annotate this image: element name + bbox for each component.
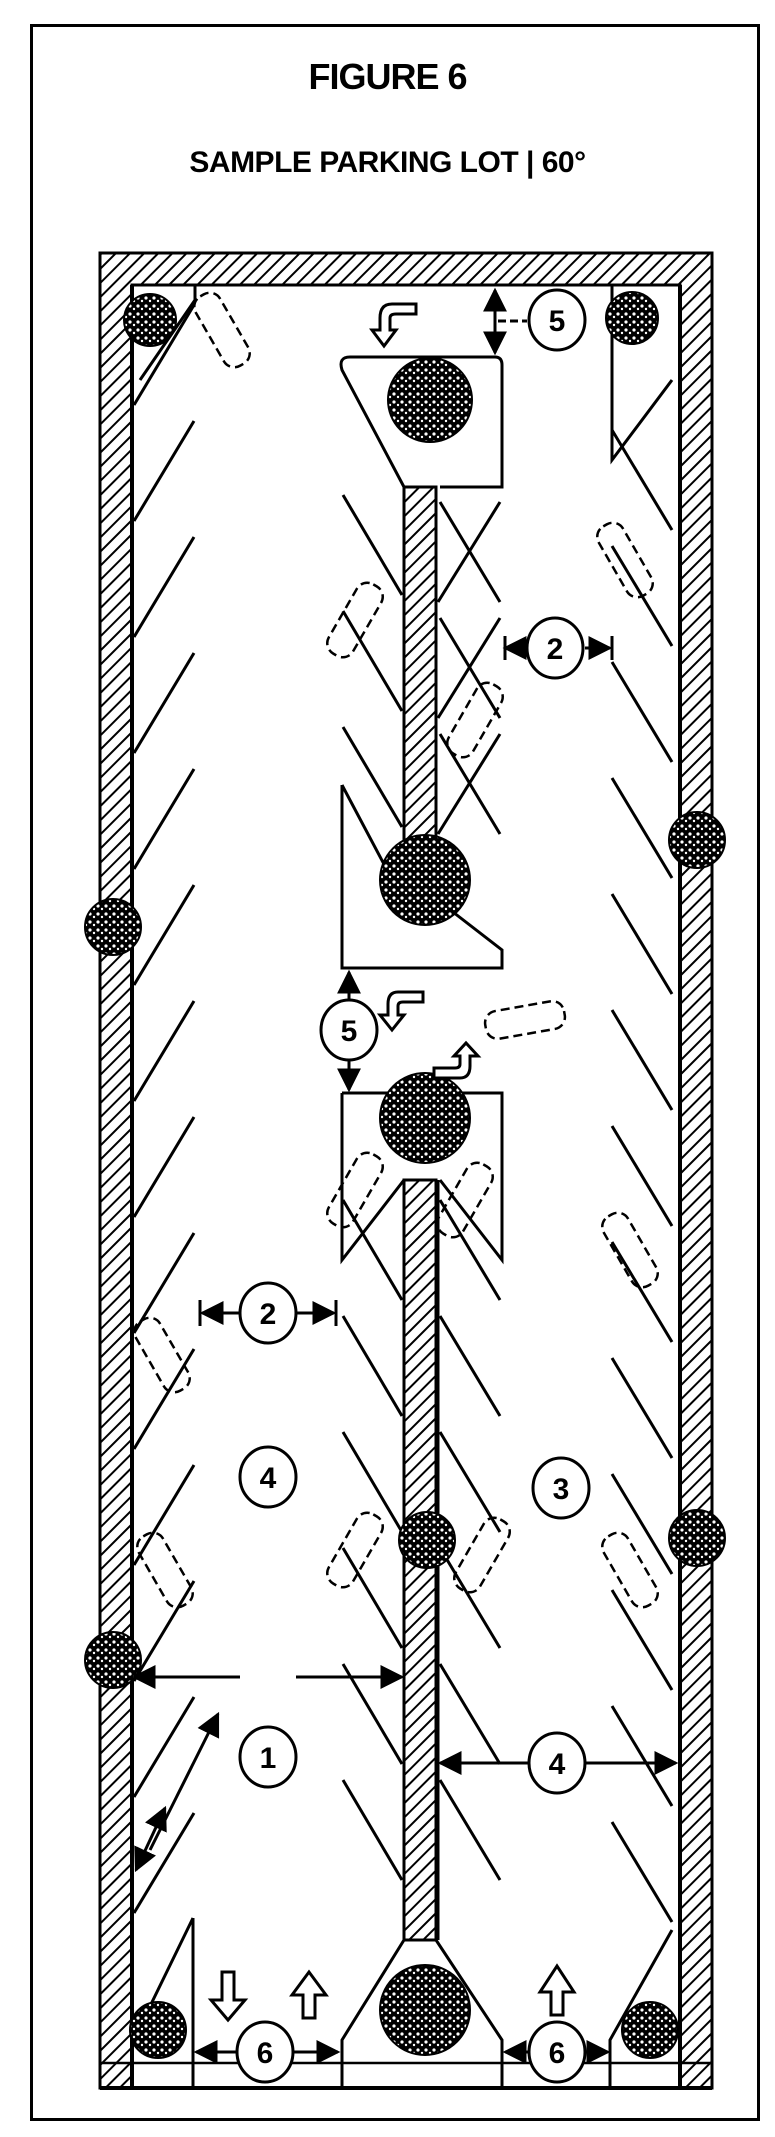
- parked-car-outline: [483, 999, 567, 1040]
- parked-cars: [130, 288, 662, 1611]
- tree-icon: [388, 358, 472, 442]
- callout-label: 4: [260, 1462, 277, 1495]
- parked-car-outline: [598, 1208, 662, 1291]
- parked-car-outline: [323, 1148, 387, 1231]
- turn-arrow-icon: [434, 1043, 478, 1078]
- callout-label: 6: [549, 2037, 566, 2070]
- tree-icon: [622, 2002, 678, 2058]
- tree-icon: [130, 2002, 186, 2058]
- callout-6-left: 6: [237, 2022, 293, 2082]
- parked-car-outline: [443, 678, 507, 761]
- tree-icon: [85, 899, 141, 955]
- callout-4-left: 4: [240, 1447, 296, 1507]
- parked-car-outline: [450, 1513, 514, 1596]
- callout-6-right: 6: [529, 2022, 585, 2082]
- callout-label: 3: [553, 1473, 570, 1506]
- tree-icon: [380, 835, 470, 925]
- callout-label: 1: [260, 1742, 277, 1775]
- turn-arrow-icon: [372, 304, 416, 346]
- parked-car-outline: [593, 518, 657, 601]
- tree-icon: [124, 294, 176, 346]
- callout-label: 5: [549, 305, 566, 338]
- callout-label: 2: [260, 1298, 277, 1331]
- center-median: [404, 487, 437, 1940]
- callout-label: 5: [341, 1015, 358, 1048]
- tree-icon: [606, 292, 658, 344]
- parking-lot-plan: 5252431466: [0, 0, 775, 2137]
- parked-car-outline: [433, 1158, 497, 1241]
- callout-2-right: 2: [527, 618, 583, 678]
- callout-label: 4: [549, 1748, 566, 1781]
- callout-5-top: 5: [529, 290, 585, 350]
- callout-5-middle: 5: [321, 1000, 377, 1060]
- tree-icon: [85, 1632, 141, 1688]
- tree-icon: [380, 1073, 470, 1163]
- callout-3: 3: [533, 1458, 589, 1518]
- parked-car-outline: [323, 1508, 387, 1591]
- parked-car-outline: [190, 288, 254, 371]
- tree-icon: [669, 812, 725, 868]
- callout-2-left: 2: [240, 1283, 296, 1343]
- parked-car-outline: [323, 578, 387, 661]
- turn-arrow-icon: [380, 992, 423, 1030]
- callout-4-right: 4: [529, 1733, 585, 1793]
- tree-icon: [669, 1510, 725, 1566]
- parked-car-outline: [133, 1528, 197, 1611]
- callout-label: 2: [547, 633, 564, 666]
- callout-1: 1: [240, 1727, 296, 1787]
- exit-arrow-up-icon: [540, 1966, 574, 2015]
- tree-icon: [380, 1965, 470, 2055]
- tree-icon: [399, 1512, 455, 1568]
- entry-arrow-down-icon: [211, 1972, 245, 2020]
- callout-label: 6: [257, 2037, 274, 2070]
- exit-arrow-up-icon: [292, 1972, 326, 2018]
